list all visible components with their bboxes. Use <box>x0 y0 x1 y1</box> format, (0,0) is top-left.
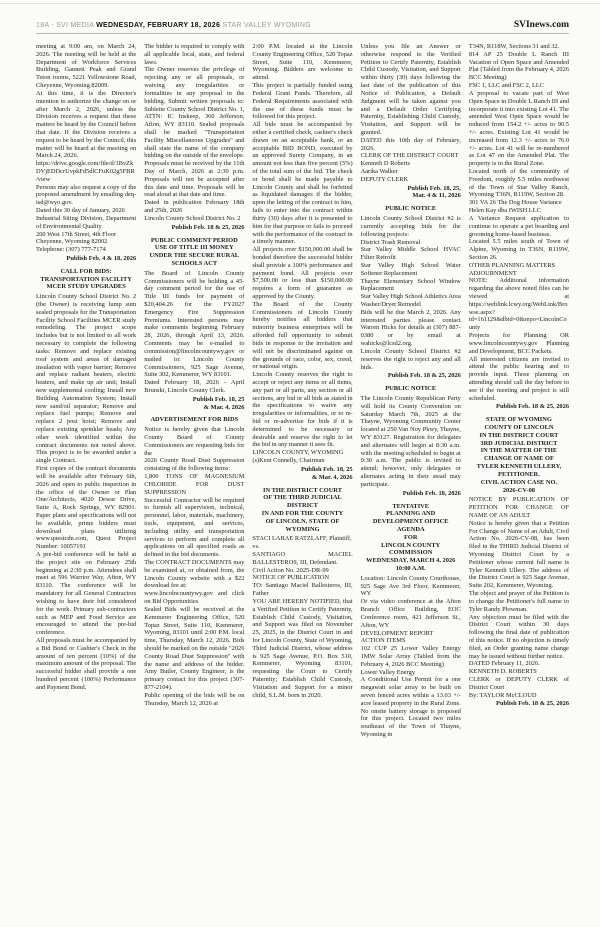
notice-paragraph: Located 5.5 miles south of Town of Alpin… <box>469 238 569 261</box>
notice-paragraph: Lincoln County School District #2 reserv… <box>361 348 461 371</box>
notice-paragraph: A Variance Request application to contin… <box>469 215 569 238</box>
notice-column-3: 2:00 P.M. located at the Lincoln County … <box>252 43 352 739</box>
notice-paragraph: Star Valley Middle School HVAC Filter Re… <box>361 246 461 262</box>
newspaper-page: 18A - SVI MEDIA WEDNESDAY, FEBRUARY 18, … <box>0 0 600 927</box>
notice-paragraph: ADJOURNMENT <box>469 270 569 278</box>
region-label: STAR VALLEY WYOMING <box>222 22 311 29</box>
notice-paragraph: Persons may also request a copy of the p… <box>36 184 136 207</box>
notice-paragraph: SANTIAGO MACIEL BALLESTEROS, III, Defend… <box>252 551 352 567</box>
notice-paragraph: Lincoln County reserves the right to acc… <box>252 371 352 449</box>
publish-line: Publish Feb. 18, 25 & Mar. 4, 2026 <box>144 396 244 412</box>
notice-paragraph: All interested citizens are invited to a… <box>469 356 569 403</box>
notice-paragraph: Public opening of the bids will be on Th… <box>144 692 244 708</box>
notice-heading: STATE OF WYOMING COUNTY OF LINCOLN IN TH… <box>471 416 567 494</box>
notice-paragraph: This project is partially funded using F… <box>252 82 352 121</box>
notice-paragraph: Notice is hereby given that a Petition F… <box>469 520 569 590</box>
notice-paragraph: Thayne Elementary School Window Replacem… <box>361 278 461 294</box>
notice-heading: ADVERTISEMENT FOR BIDS <box>146 416 242 424</box>
notice-paragraph: Industrial Siting Division, Department o… <box>36 215 136 231</box>
publish-line: Publish Feb. 18, 2026 <box>361 490 461 498</box>
notice-paragraph: 2:00 P.M. located at the Lincoln County … <box>252 43 352 82</box>
notice-paragraph: The Lincoln County Republican Party will… <box>361 395 461 489</box>
publish-line: Publish Feb. 4 & 18, 2026 <box>36 255 136 263</box>
notice-paragraph: Successful Contractor will be required t… <box>144 497 244 560</box>
notice-paragraph: Kenneth D Roberts <box>361 160 461 168</box>
notice-paragraph: Lincoln County School District No. 2 <box>144 215 244 223</box>
notice-paragraph: LINCOLN COUNTY, WYOMING <box>252 449 352 457</box>
publish-line: Publish Feb. 18, 25, Mar. 4 & 11, 2026 <box>361 185 461 201</box>
legal-notices-columns: meeting at 9:00 am, on March 24, 2026. T… <box>36 43 569 739</box>
date-label: WEDNESDAY, FEBRUARY 18, 2026 <box>96 22 220 29</box>
notice-paragraph: 1,800 TONS OF MAGNESIUM CHLORIDE FOR DUS… <box>144 473 244 496</box>
notice-paragraph: The bidder is required to comply with al… <box>144 43 244 66</box>
notice-paragraph: Projects for Planning OR www.lincolncoun… <box>469 332 569 355</box>
site-label: SVInews.com <box>514 20 569 30</box>
notice-paragraph: The object and prayer of the Petition is… <box>469 590 569 613</box>
notice-paragraph: Dated February 18, 2026 - April Brunski,… <box>144 379 244 395</box>
notice-paragraph: 102 CUP 25 Lower Valley Energy 1MW Solar… <box>361 645 461 668</box>
notice-paragraph: NOTICE OF PUBLICATION <box>252 574 352 582</box>
notice-paragraph: The Board of Lincoln County Commissioner… <box>144 270 244 379</box>
notice-paragraph: Star Valley High School Water Softener R… <box>361 262 461 278</box>
notice-paragraph: (s)Kent Connelly, Chairman <box>252 457 352 465</box>
notice-paragraph: Notice is hereby given that Lincoln Coun… <box>144 426 244 457</box>
notice-paragraph: A proposal to vacate part of West Open S… <box>469 90 569 168</box>
notice-paragraph: Any objection must be filed with the Dis… <box>469 614 569 661</box>
notice-paragraph: TO: Santiago Maciel Ballesteros, III, Fa… <box>252 582 352 598</box>
notice-paragraph: A Conditional Use Permit for a one megaw… <box>361 676 461 739</box>
notice-paragraph: First copies of the contract documents w… <box>36 465 136 551</box>
notice-paragraph: All bids must be accompanied by either a… <box>252 121 352 246</box>
notice-paragraph: By: TAYLOR McCLOUD <box>469 692 569 700</box>
notice-paragraph: CLERK OF THE DISTRICT COURT <box>361 152 461 160</box>
notice-paragraph: Dated this 30 day of January, 2026 <box>36 207 136 215</box>
notice-paragraph: STACI LARAE RATZLAFF, Plaintiff, <box>252 535 352 543</box>
notice-column-4: Unless you file an Answer or otherwise r… <box>361 43 461 739</box>
notice-paragraph: The Owner reserves the privilege of reje… <box>144 66 244 199</box>
notice-paragraph: Located north of the community of Freedo… <box>469 168 569 199</box>
notice-paragraph: The Board of the County Commissioners of… <box>252 301 352 371</box>
notice-paragraph: T34N, R118W, Sections 31 and 32. <box>469 43 569 51</box>
notice-paragraph: KENNETH D. ROBERTS <box>469 668 569 676</box>
notice-heading: CALL FOR BIDS: TRANSPORTATION FACILITY M… <box>38 268 134 291</box>
notice-paragraph: Cheyenne, Wyoming 82002 <box>36 238 136 246</box>
notice-paragraph: NOTICE BY PUBLICATION OF PETITION FOR CH… <box>469 496 569 519</box>
publish-line: Publish Feb. 18 & 25, 2026 <box>361 372 461 380</box>
notice-paragraph: YOU ARE HEREBY NOTIFIED, that a Verified… <box>252 598 352 700</box>
notice-paragraph: meeting at 9:00 am, on March 24, 2026. T… <box>36 43 136 90</box>
notice-paragraph: Unless you file an Answer or otherwise r… <box>361 43 461 137</box>
notice-paragraph: Bids will be due March 2, 2026. Any inte… <box>361 309 461 348</box>
publish-line: Publish Feb. 18 & 25, 2026 <box>469 403 569 411</box>
notice-paragraph: CLERK or DEPUTY CLERK of District Court <box>469 676 569 692</box>
notice-paragraph: District Trash Removal <box>361 239 461 247</box>
notice-paragraph: The CONTRACT DOCUMENTS may be examined a… <box>144 559 244 590</box>
notice-paragraph: 2026 County Road Dust Suppression consis… <box>144 457 244 473</box>
notice-paragraph: A pre-bid conference will be held at the… <box>36 551 136 637</box>
notice-paragraph: www.lincolncountywy.gov and click on Bid… <box>144 590 244 606</box>
notice-heading: PUBLIC NOTICE <box>363 205 459 213</box>
notice-paragraph: DEPUTY CLERK <box>361 176 461 184</box>
notice-paragraph: Aarika Walker <box>361 168 461 176</box>
notice-paragraph: At this time, it is the Director's inten… <box>36 90 136 160</box>
notice-paragraph: All proposals must be accompanied by a B… <box>36 637 136 692</box>
notice-paragraph: ACTION ITEMS <box>361 637 461 645</box>
masthead-left: 18A - SVI MEDIA WEDNESDAY, FEBRUARY 18, … <box>36 22 311 29</box>
notice-paragraph: Telephone: (307) 777-7174 <box>36 246 136 254</box>
notice-paragraph: Location: Lincoln County Courthouse, 925… <box>361 575 461 598</box>
notice-column-2: The bidder is required to comply with al… <box>144 43 244 739</box>
notice-heading: IN THE DISTRICT COURT OF THE THIRD JUDIC… <box>254 487 350 534</box>
notice-paragraph: Helen Kay dba IWISH LLC <box>469 207 569 215</box>
notice-paragraph: 814 AP 25 Double L Ranch III Vacation of… <box>469 51 569 82</box>
notice-paragraph: Lincoln County School District No. 2 (th… <box>36 293 136 465</box>
page-number-label: 18A - SVI MEDIA <box>36 22 94 29</box>
notice-heading: TENTATIVE PLANNING AND DEVELOPMENT OFFIC… <box>363 503 459 573</box>
notice-column-1: meeting at 9:00 am, on March 24, 2026. T… <box>36 43 136 739</box>
notice-heading: PUBLIC COMMENT PERIOD USE OF TITLE III M… <box>146 237 242 268</box>
publish-line: Publish Feb. 18 & 25, 2026 <box>144 224 244 232</box>
notice-paragraph: All projects over $150,000.00 shall be b… <box>252 246 352 301</box>
notice-paragraph: Civil Action No. 2025-DR-99 <box>252 567 352 575</box>
notice-column-5: T34N, R118W, Sections 31 and 32.814 AP 2… <box>469 43 569 739</box>
notice-paragraph: https://drive.google.com/file/d/1BvZkDVj… <box>36 160 136 183</box>
notice-paragraph: Star Valley High School Athletics Area W… <box>361 293 461 309</box>
notice-paragraph: DATED this 10th day of February, 2026. <box>361 137 461 153</box>
notice-paragraph: vs. <box>252 543 352 551</box>
notice-paragraph: DATED February 11, 2026. <box>469 660 569 668</box>
notice-paragraph: Or via video conference at the Afton Bra… <box>361 598 461 629</box>
notice-paragraph: NOTE: Additional information regarding t… <box>469 277 569 332</box>
notice-paragraph: Sealed Bids will be received at the Kemm… <box>144 606 244 692</box>
notice-paragraph: Lincoln County School District #2 is cur… <box>361 215 461 238</box>
publish-line: Publish Feb. 18, 25 & Mar. 4, 2026 <box>252 466 352 482</box>
notice-paragraph: Dated in publication February 18th and 2… <box>144 199 244 215</box>
notice-paragraph: OTHER PLANNING MATTERS <box>469 262 569 270</box>
notice-paragraph: 200 West 17th Street, 4th Floor <box>36 231 136 239</box>
notice-paragraph: Lower Valley Energy <box>361 669 461 677</box>
notice-paragraph: DEVELOPMENT REPORT <box>361 630 461 638</box>
publish-line: Publish Feb. 18 & 25, 2026 <box>469 700 569 708</box>
notice-paragraph: FSC 1, LLC and FSC 2, LLC <box>469 82 569 90</box>
notice-heading: PUBLIC NOTICE <box>363 385 459 393</box>
notice-paragraph: 301 VA 26 The Dog House Variance <box>469 199 569 207</box>
page-header: 18A - SVI MEDIA WEDNESDAY, FEBRUARY 18, … <box>36 20 569 34</box>
